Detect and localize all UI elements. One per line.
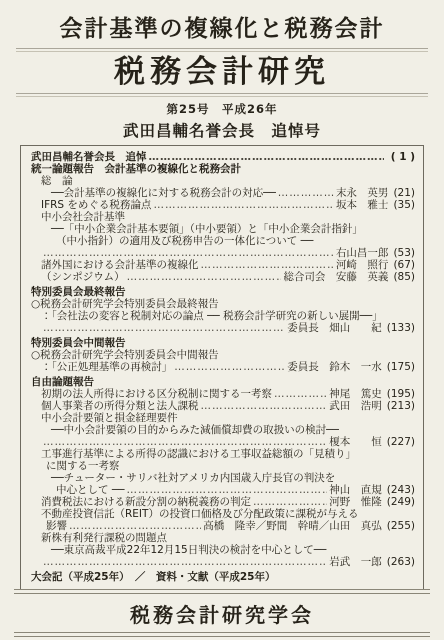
toc-author: 委員長 鈴木 一水: [287, 361, 382, 373]
toc-entry-text: ──チューター・サリバ社対アメリカ内国歳入庁長官の判決を: [51, 472, 335, 484]
toc-line: 特別委員会中間報告: [31, 337, 415, 349]
toc-entry-text: 新株有利発行課税の問題点: [41, 532, 167, 544]
toc-author: 右山昌一郎: [336, 247, 389, 259]
toc-line: 個人事業者の所得分類と法人課税武田 浩明(213): [31, 400, 415, 412]
table-of-contents-box: 武田昌輔名誉会長 追悼( 1 )統一論題報告 会計基準の複線化と税務会計総 論─…: [20, 145, 424, 589]
toc-line: （シンポジウム）総合司会 安藤 英義(85): [31, 271, 415, 283]
subject-title: 会計基準の複線化と税務会計: [8, 10, 436, 43]
toc-line: 統一論題報告 会計基準の複線化と税務会計: [31, 163, 415, 175]
toc-entry-text: 大会記（平成25年） ／ 資料・文献（平成25年）: [31, 571, 275, 583]
toc-entry-text: 統一論題報告 会計基準の複線化と税務会計: [31, 163, 241, 175]
dot-leader: [174, 361, 285, 373]
footer-double-rule: [14, 632, 430, 637]
toc-line: 武田昌輔名誉会長 追悼( 1 ): [31, 151, 415, 163]
toc-entry-text: ：「会社法の変容と税制対応の論点 ── 税務会計学研究の新しい展開──」: [41, 310, 383, 322]
toc-author: 神尾 篤史: [329, 388, 382, 400]
toc-entry-text: 中心として ──: [56, 484, 124, 496]
toc-line: 大会記（平成25年） ／ 資料・文献（平成25年）: [31, 571, 415, 583]
toc-line: ○税務会計研究学会特別委員会最終報告: [31, 298, 415, 310]
toc-line: 中小会計要領と損金経理要件: [31, 412, 415, 424]
toc-entry-text: 影響: [46, 520, 67, 532]
dot-leader: [149, 151, 384, 163]
toc-entry-text: （シンポジウム）: [41, 271, 125, 283]
toc-line: 特別委員会最終報告: [31, 286, 415, 298]
dot-leader: [126, 484, 327, 496]
toc-page-number: (133): [387, 322, 415, 334]
toc-page-number: (85): [393, 271, 415, 283]
dot-leader: [127, 271, 282, 283]
toc-entry-text: IFRS をめぐる税務論点: [41, 199, 151, 211]
toc-entry-text: に関する一考察: [46, 460, 120, 472]
toc-line: 諸外国における会計基準の複線化河崎 照行(67): [31, 259, 415, 271]
toc-line: ──会計基準の複線化に対する税務会計の対応──末永 英男(21): [31, 187, 415, 199]
toc-entry-text: 自由論題報告: [31, 376, 94, 388]
toc-entry-text: ──会計基準の複線化に対する税務会計の対応──: [51, 187, 276, 199]
toc-line: 不動産投資信託（REIT）の投資口価格及び分配政策に課税が与える: [31, 508, 415, 520]
toc-line: 新株有利発行課税の問題点: [31, 532, 415, 544]
toc-entry-text: ──「中小企業会計基本要領」（中小要領）と「中小企業会計指針」: [51, 223, 363, 235]
toc-entry-text: 不動産投資信託（REIT）の投資口価格及び分配政策に課税が与える: [41, 508, 358, 520]
toc-page-number: (249): [387, 496, 415, 508]
toc-line: ──チューター・サリバ社対アメリカ内国歳入庁長官の判決を: [31, 472, 415, 484]
toc-entry-text: 初期の法人所得における区分税制に関する一考察: [41, 388, 272, 400]
dot-leader: [253, 496, 327, 508]
dot-leader: [153, 199, 334, 211]
toc-line: 右山昌一郎(53): [31, 247, 415, 259]
horizontal-rule-top: [16, 48, 428, 52]
toc-page-number: (255): [387, 520, 415, 532]
journal-cover-page: 会計基準の複線化と税務会計 税務会計研究 第25号 平成26年 武田昌輔名誉会長…: [0, 0, 444, 637]
toc-line: 岩武 一郎(263): [31, 556, 415, 568]
toc-entry-text: 武田昌輔名誉会長 追悼: [31, 151, 147, 163]
toc-entry-text: 諸外国における会計基準の複線化: [41, 259, 199, 271]
toc-line: ○税務会計研究学会特別委員会中間報告: [31, 349, 415, 361]
dot-leader: [69, 520, 201, 532]
toc-author: 榎本 恒: [329, 436, 382, 448]
dot-leader: [278, 187, 334, 199]
toc-entry-text: ○税務会計研究学会特別委員会最終報告: [31, 298, 219, 310]
toc-line: 自由論題報告: [31, 376, 415, 388]
dot-leader: [43, 436, 327, 448]
toc-page-number: ( 1 ): [391, 151, 415, 163]
toc-author: 総合司会 安藤 英義: [283, 271, 388, 283]
toc-page-number: (35): [393, 199, 415, 211]
toc-entry-text: 特別委員会最終報告: [31, 286, 126, 298]
toc-line: ──東京高裁平成22年12月15日判決の検討を中心として──: [31, 544, 415, 556]
toc-line: ──「中小企業会計基本要領」（中小要領）と「中小企業会計指針」: [31, 223, 415, 235]
dot-leader: [43, 556, 327, 568]
toc-entry-text: 中小会計要領と損金経理要件: [41, 412, 178, 424]
toc-entry-text: 特別委員会中間報告: [31, 337, 126, 349]
toc-line: ──中小会計要領の目的からみた減価償却費の取扱いの検討──: [31, 424, 415, 436]
toc-line: 榎本 恒(227): [31, 436, 415, 448]
toc-page-number: (227): [387, 436, 415, 448]
toc-line: 総 論: [31, 175, 415, 187]
toc-entry-text: 総 論: [41, 175, 73, 187]
toc-entry-text: 消費税法における新設分割の納税義務の判定: [41, 496, 251, 508]
toc-author: 武田 浩明: [329, 400, 382, 412]
toc-author: 坂本 雅士: [336, 199, 389, 211]
toc-author: 神山 直規: [329, 484, 382, 496]
horizontal-rule-under-title: [16, 93, 428, 97]
toc-author: 岩武 一郎: [329, 556, 382, 568]
toc-line: 工事進行基準による所得の認識における工事収益総額の「見積り」: [31, 448, 415, 460]
publisher-name: 税務会計研究学会: [8, 599, 436, 628]
toc-page-number: (175): [387, 361, 415, 373]
toc-line: に関する一考察: [31, 460, 415, 472]
journal-title: 税務会計研究: [8, 55, 436, 91]
dot-leader: [201, 259, 334, 271]
toc-line: 中小会社会計基準: [31, 211, 415, 223]
box-bottom-double-rule: [14, 589, 430, 594]
toc-page-number: (67): [393, 259, 415, 271]
dot-leader: [43, 322, 285, 334]
toc-entry-text: 工事進行基準による所得の認識における工事収益総額の「見積り」: [41, 448, 356, 460]
toc-author: 高橋 隆幸／野間 幹晴／山田 真弘: [203, 520, 382, 532]
toc-author: 河崎 照行: [336, 259, 389, 271]
toc-line: 影響高橋 隆幸／野間 幹晴／山田 真弘(255): [31, 520, 415, 532]
toc-page-number: (21): [393, 187, 415, 199]
issue-info: 第25号 平成26年: [8, 101, 436, 117]
dot-leader: [201, 400, 328, 412]
toc-line: 中心として ──神山 直規(243): [31, 484, 415, 496]
toc-line: IFRS をめぐる税務論点坂本 雅士(35): [31, 199, 415, 211]
toc-entry-text: ──中小会計要領の目的からみた減価償却費の取扱いの検討──: [51, 424, 339, 436]
toc-entry-text: ：「公正処理基準の再検討」: [41, 361, 172, 373]
toc-line: ：「会社法の変容と税制対応の論点 ── 税務会計学研究の新しい展開──」: [31, 310, 415, 322]
toc-entry-text: ──東京高裁平成22年12月15日判決の検討を中心として──: [51, 544, 326, 556]
toc-entry-text: 個人事業者の所得分類と法人課税: [41, 400, 199, 412]
toc-author: 末永 英男: [336, 187, 389, 199]
toc-line: 初期の法人所得における区分税制に関する一考察神尾 篤史(195): [31, 388, 415, 400]
toc-page-number: (195): [387, 388, 415, 400]
dot-leader: [43, 247, 334, 259]
dot-leader: [274, 388, 327, 400]
toc-entry-text: 中小会社会計基準: [41, 211, 125, 223]
toc-page-number: (243): [387, 484, 415, 496]
toc-author: 委員長 畑山 紀: [287, 322, 382, 334]
toc-line: 委員長 畑山 紀(133): [31, 322, 415, 334]
toc-page-number: (53): [393, 247, 415, 259]
toc-author: 河野 惟隆: [329, 496, 382, 508]
toc-entry-text: ○税務会計研究学会特別委員会中間報告: [31, 349, 219, 361]
toc-line: ：「公正処理基準の再検討」委員長 鈴木 一水(175): [31, 361, 415, 373]
toc-page-number: (263): [387, 556, 415, 568]
toc-entry-text: （中小指針）の適用及び税務申告の一体化について ──: [56, 235, 313, 247]
memorial-title: 武田昌輔名誉会長 追悼号: [8, 119, 436, 141]
toc-line: （中小指針）の適用及び税務申告の一体化について ──: [31, 235, 415, 247]
toc-line: 消費税法における新設分割の納税義務の判定河野 惟隆(249): [31, 496, 415, 508]
toc-page-number: (213): [387, 400, 415, 412]
toc-list: 武田昌輔名誉会長 追悼( 1 )統一論題報告 会計基準の複線化と税務会計総 論─…: [31, 151, 415, 583]
